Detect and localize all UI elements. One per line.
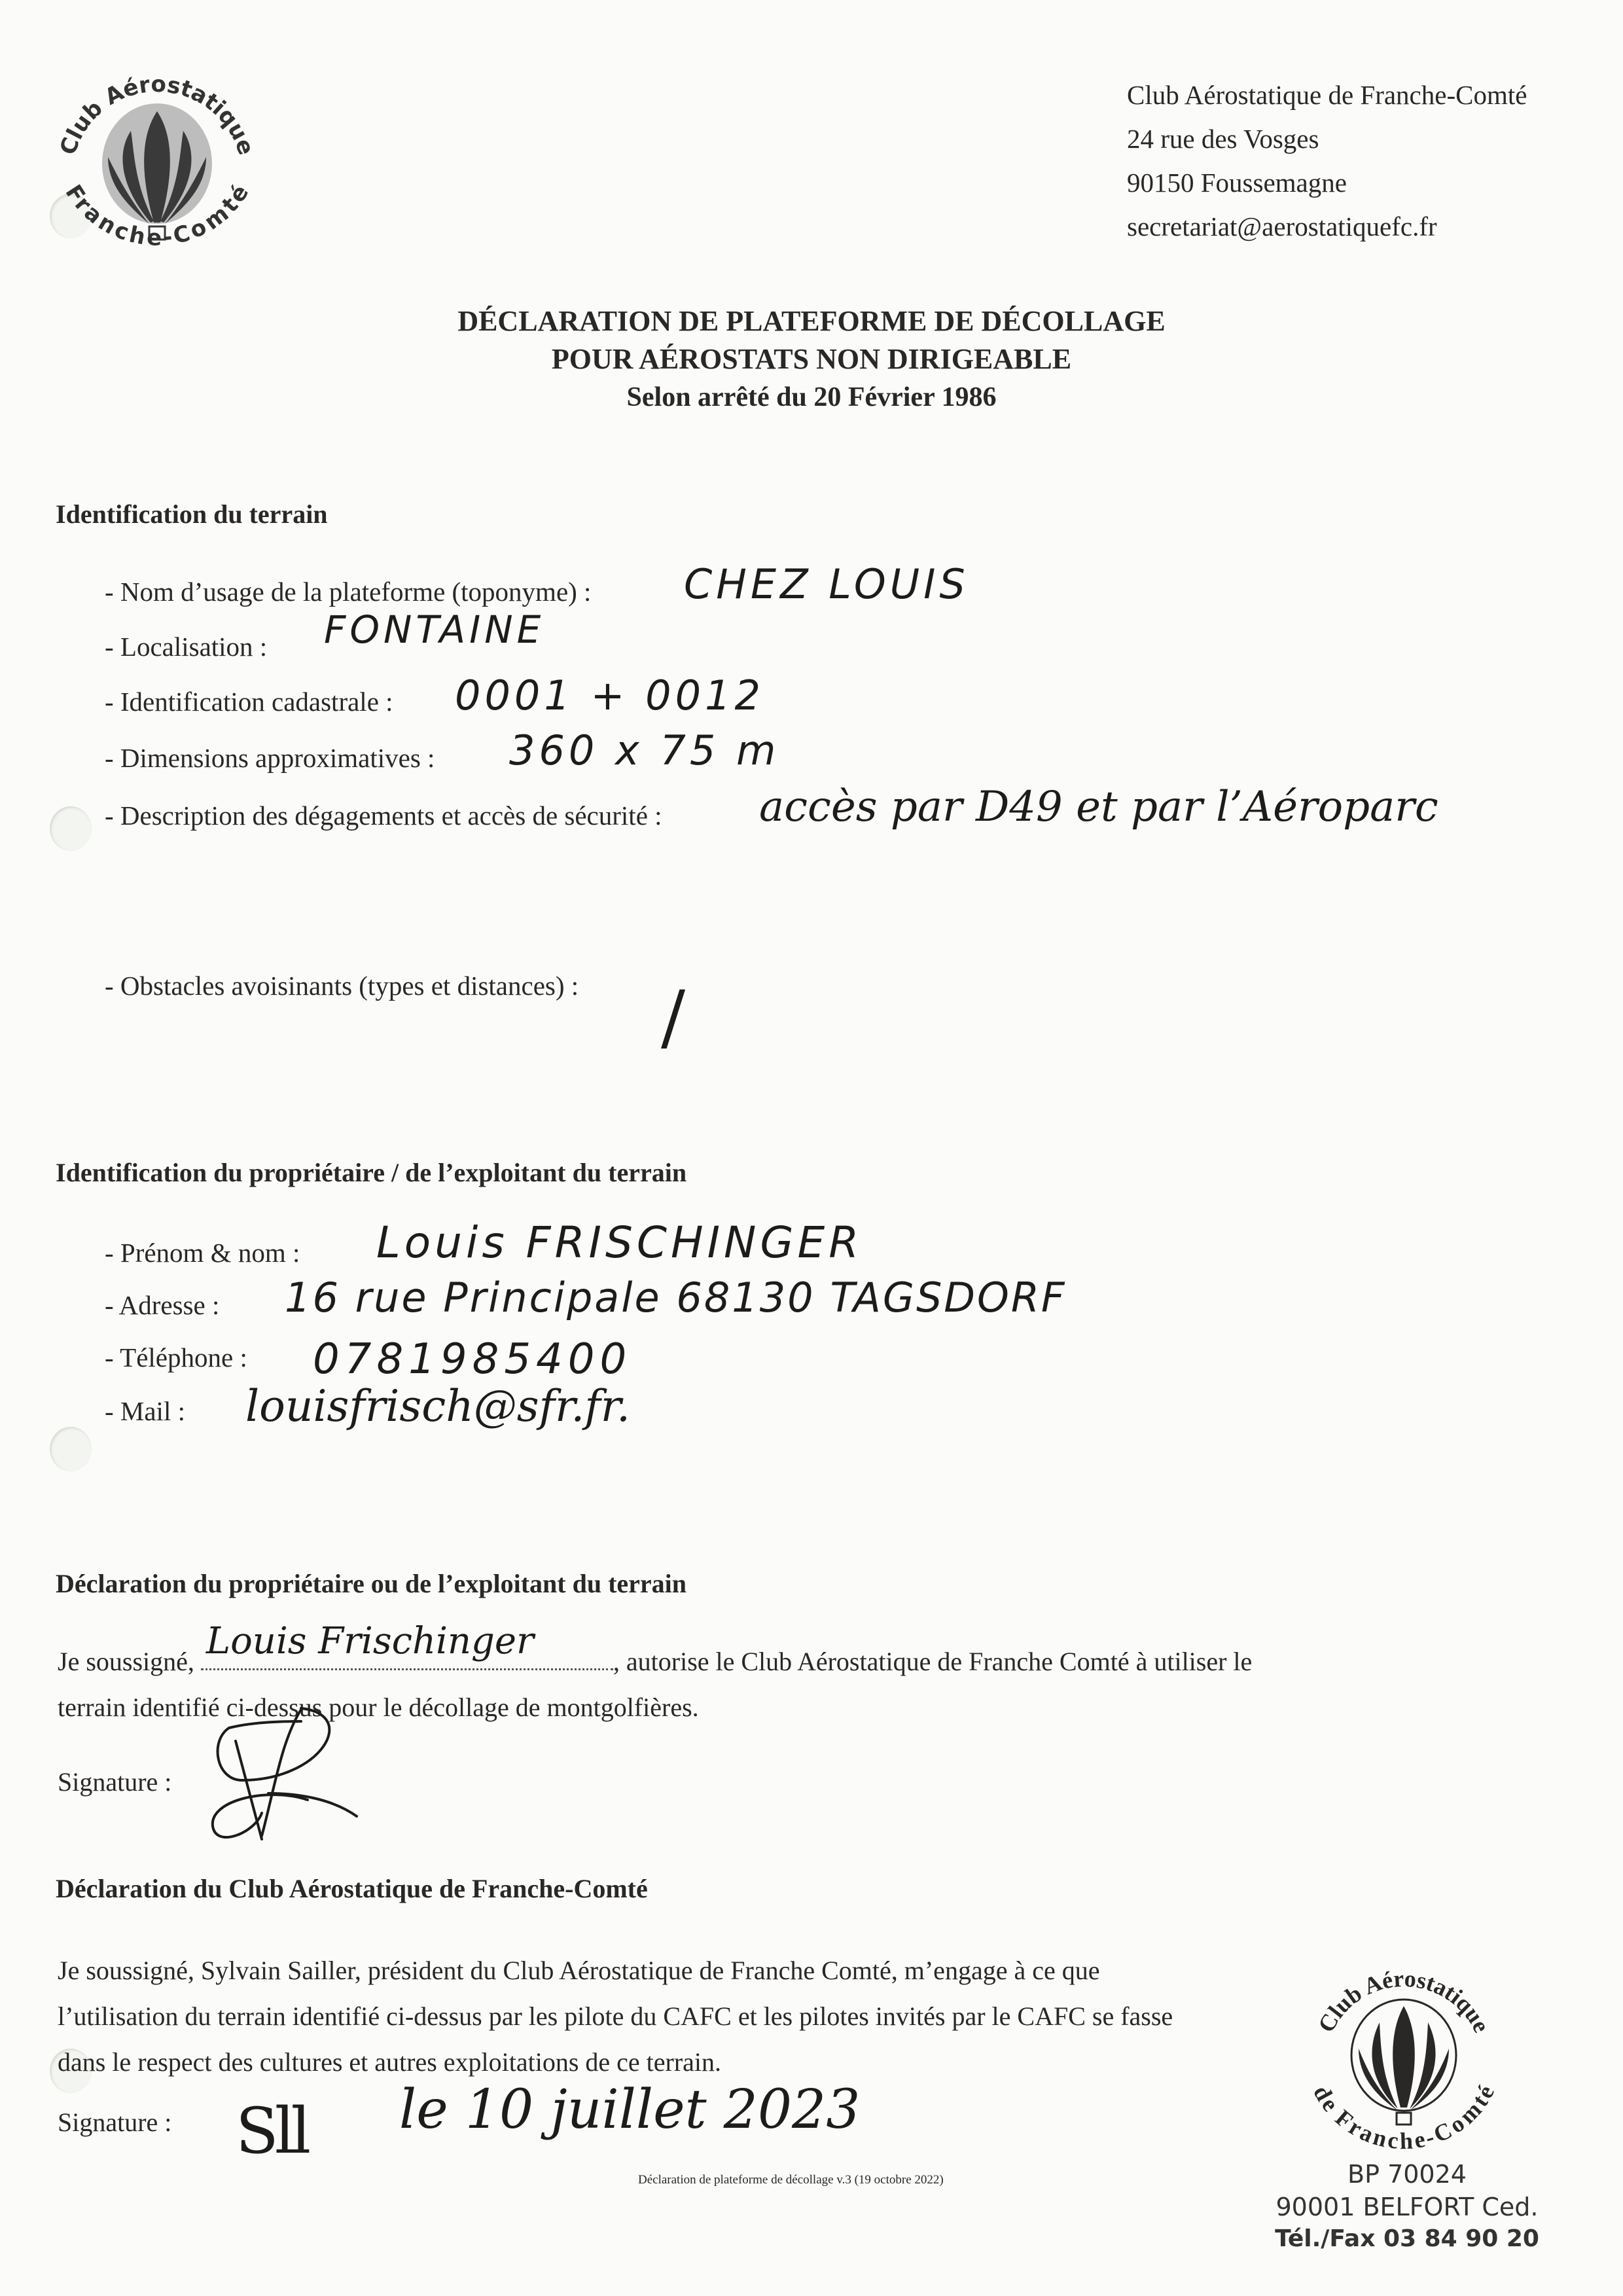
- title-line-1: DÉCLARATION DE PLATEFORME DE DÉCOLLAGE: [0, 302, 1623, 340]
- declarant-name-value: Louis Frischinger: [206, 1619, 534, 1664]
- hot-air-balloon-icon: Club Aérostatique Franche-Comté: [46, 52, 268, 275]
- section-heading-club-declaration: Déclaration du Club Aérostatique de Fran…: [56, 1873, 648, 1904]
- club-signature-label: Signature :: [58, 2100, 171, 2145]
- field-label-toponyme: - Nom d’usage de la plateforme (toponyme…: [105, 576, 591, 607]
- field-value-telephone[interactable]: 0781985400: [313, 1335, 632, 1384]
- field-value-adresse[interactable]: 16 rue Principale 68130 TAGSDORF: [285, 1274, 1067, 1321]
- club-declaration-line-1: Je soussigné, Sylvain Sailler, président…: [58, 1948, 1173, 1994]
- club-name: Club Aérostatique de Franche-Comté: [1127, 73, 1527, 117]
- club-street: 24 rue des Vosges: [1127, 117, 1527, 161]
- field-value-localisation[interactable]: FONTAINE: [324, 607, 544, 652]
- club-stamp: Club Aérostatique de Franche-Comté: [1296, 1950, 1512, 2166]
- club-signature-initials[interactable]: Sll: [236, 2094, 307, 2168]
- footer-version: Déclaration de plateforme de décollage v…: [638, 2173, 944, 2187]
- field-value-obstacles[interactable]: /: [661, 975, 685, 1059]
- field-value-mail[interactable]: louisfrisch@sfr.fr.: [245, 1381, 630, 1431]
- declaration-suffix: , autorise le Club Aérostatique de Franc…: [613, 1647, 1252, 1676]
- stamp-phone: Tél./Fax 03 84 90 20: [1243, 2225, 1571, 2252]
- field-label-degagements: - Description des dégagements et accès d…: [105, 800, 662, 831]
- owner-signature-field[interactable]: [203, 1702, 373, 1862]
- document-title: DÉCLARATION DE PLATEFORME DE DÉCOLLAGE P…: [0, 302, 1623, 416]
- field-label-obstacles: - Obstacles avoisinants (types et distan…: [105, 970, 579, 1001]
- club-declaration-line-2: l’utilisation du terrain identifié ci-de…: [58, 1994, 1173, 2039]
- declaration-prefix: Je soussigné,: [58, 1647, 194, 1676]
- field-label-nom: - Prénom & nom :: [105, 1237, 300, 1268]
- punch-hole: [50, 1427, 92, 1471]
- club-signature-date[interactable]: le 10 juillet 2023: [399, 2079, 860, 2141]
- field-label-localisation: - Localisation :: [105, 631, 267, 662]
- section-heading-owner-declaration: Déclaration du propriétaire ou de l’expl…: [56, 1568, 687, 1599]
- field-value-dimensions[interactable]: 360 x 75 m: [509, 726, 779, 774]
- punch-hole: [50, 806, 92, 851]
- title-line-3: Selon arrêté du 20 Février 1986: [0, 378, 1623, 416]
- field-label-dimensions: - Dimensions approximatives :: [105, 742, 435, 774]
- field-value-degagements[interactable]: accès par D49 et par l’Aéroparc: [759, 783, 1438, 831]
- section-heading-owner: Identification du propriétaire / de l’ex…: [56, 1157, 687, 1188]
- field-label-adresse: - Adresse :: [105, 1289, 219, 1321]
- stamp-bp: BP 70024: [1243, 2160, 1571, 2189]
- section-heading-terrain: Identification du terrain: [56, 499, 328, 529]
- signature-scribble-icon: [203, 1702, 373, 1859]
- club-declaration-text: Je soussigné, Sylvain Sailler, président…: [58, 1948, 1173, 2085]
- stamp-city: 90001 BELFORT Ced.: [1243, 2193, 1571, 2221]
- field-value-toponyme[interactable]: CHEZ LOUIS: [684, 560, 969, 608]
- field-label-telephone: - Téléphone :: [105, 1342, 247, 1373]
- club-city: 90150 Foussemagne: [1127, 161, 1527, 205]
- field-value-cadastre[interactable]: 0001 + 0012: [455, 672, 764, 719]
- field-label-cadastre: - Identification cadastrale :: [105, 686, 393, 717]
- field-label-mail: - Mail :: [105, 1395, 185, 1427]
- hot-air-balloon-stamp-icon: Club Aérostatique de Franche-Comté: [1296, 1950, 1512, 2166]
- club-logo: Club Aérostatique Franche-Comté: [46, 52, 268, 275]
- field-value-nom[interactable]: Louis FRISCHINGER: [376, 1217, 863, 1268]
- club-email: secretariat@aerostatiquefc.fr: [1127, 205, 1527, 249]
- declaration-line-2: terrain identifié ci-dessus pour le déco…: [58, 1693, 699, 1722]
- title-line-2: POUR AÉROSTATS NON DIRIGEABLE: [0, 340, 1623, 378]
- owner-signature-label: Signature :: [58, 1759, 171, 1805]
- declarant-name-field[interactable]: Louis Frischinger: [201, 1649, 613, 1670]
- club-address-block: Club Aérostatique de Franche-Comté 24 ru…: [1127, 73, 1527, 249]
